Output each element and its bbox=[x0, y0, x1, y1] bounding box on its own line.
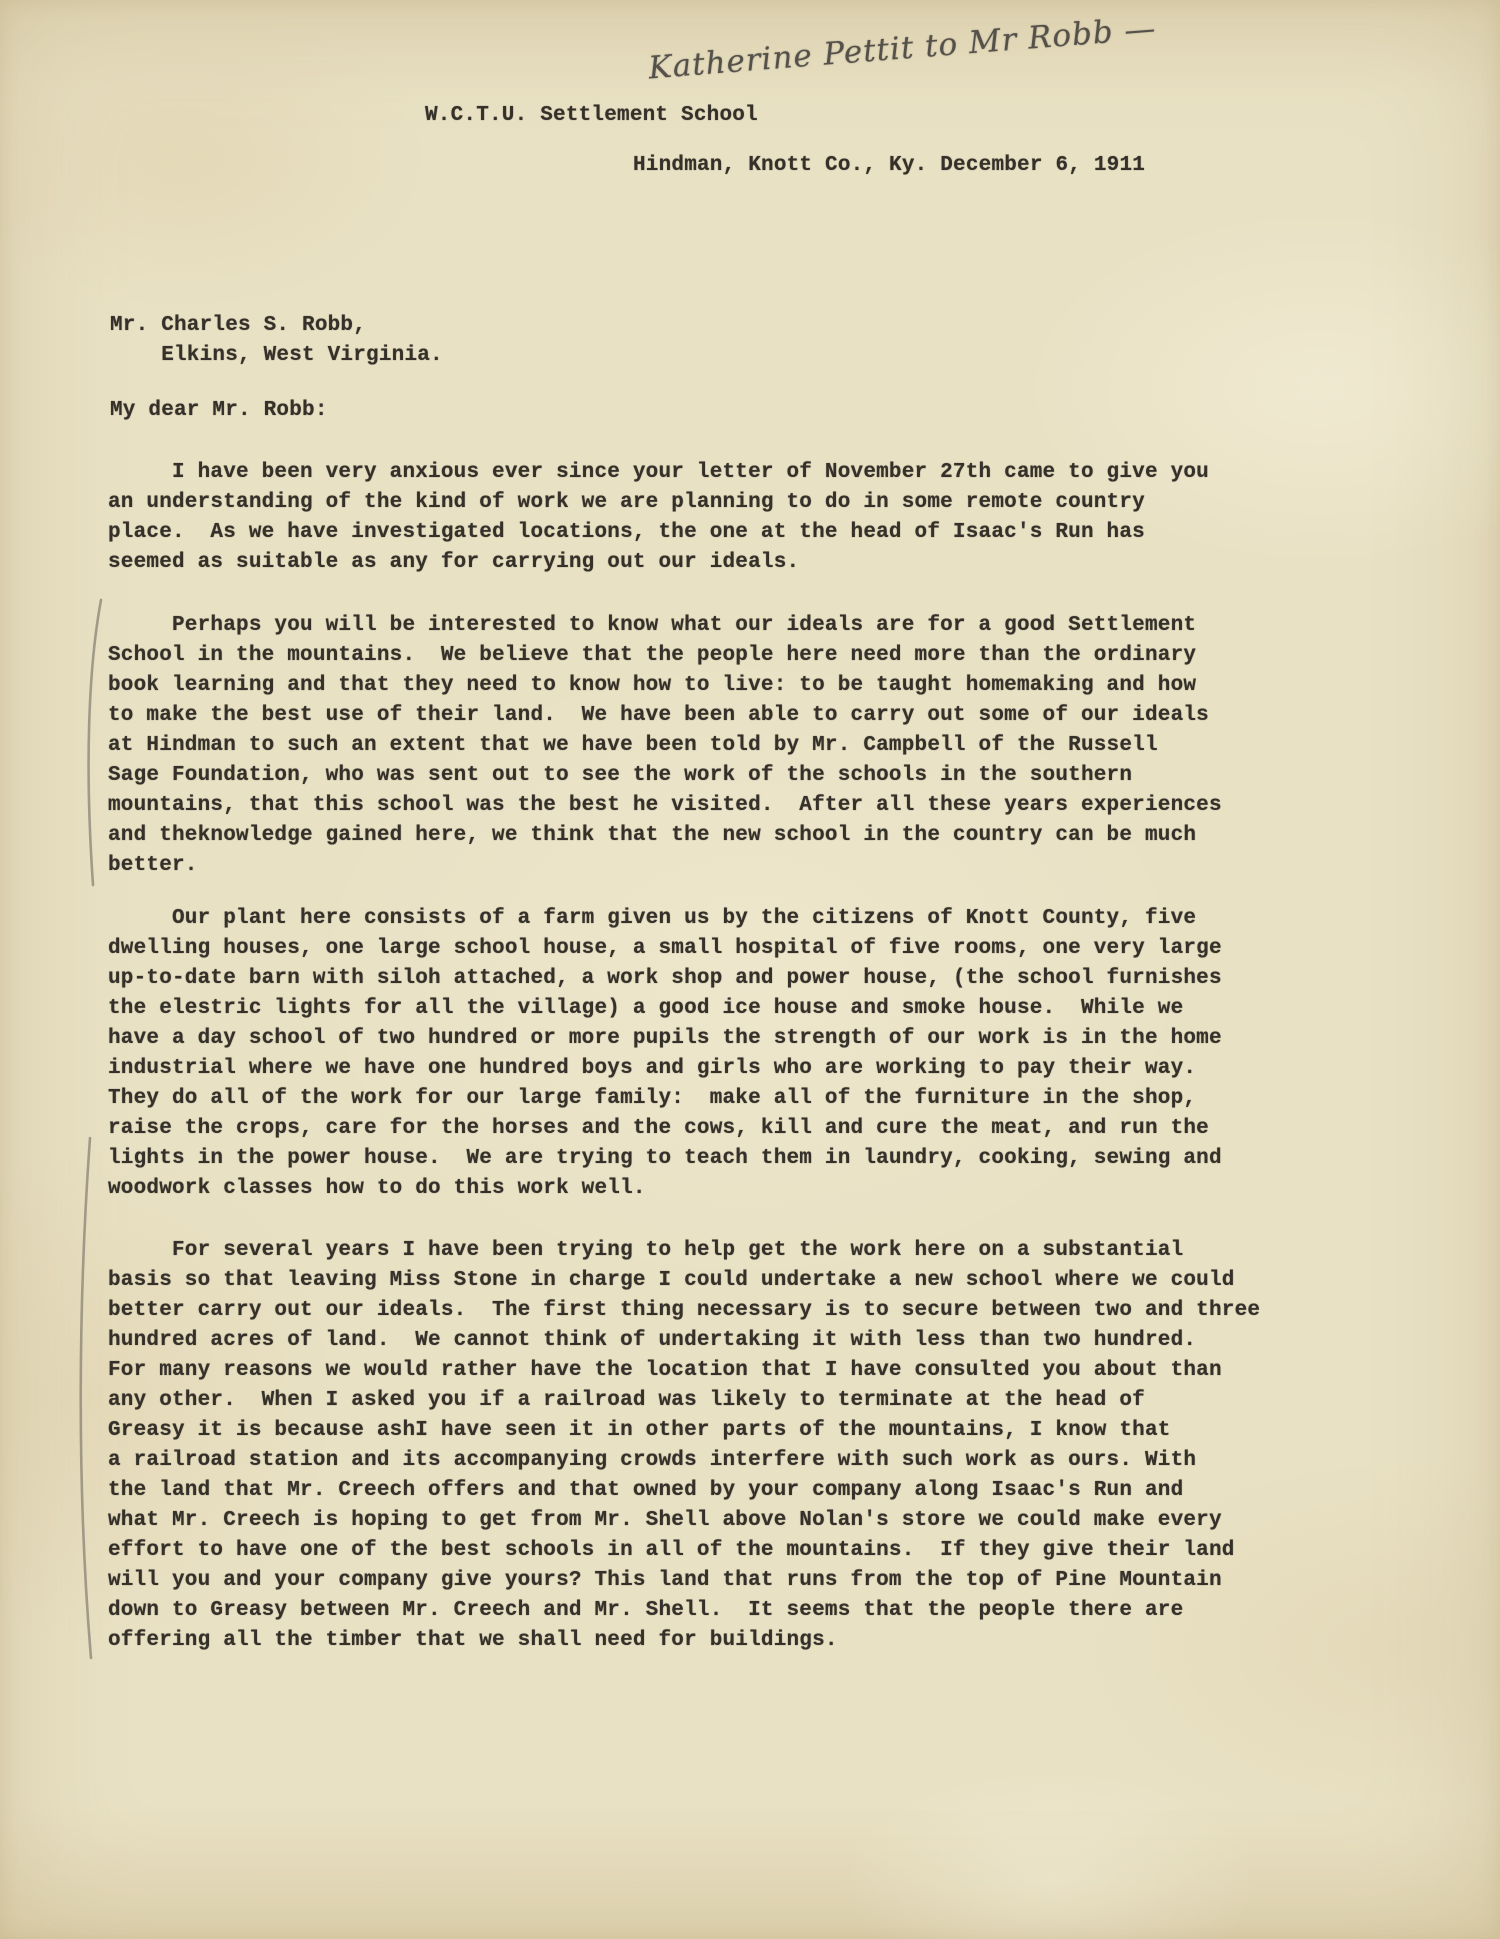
paragraph-3: Our plant here consists of a farm given … bbox=[108, 904, 1222, 1204]
recipient-address: Mr. Charles S. Robb, Elkins, West Virgin… bbox=[110, 311, 443, 371]
paragraph-4: For several years I have been trying to … bbox=[108, 1236, 1260, 1656]
handwritten-annotation: Katherine Pettit to Mr Robb — bbox=[647, 18, 1069, 87]
paragraph-1: I have been very anxious ever since your… bbox=[108, 458, 1209, 578]
letterhead-title: W.C.T.U. Settlement School bbox=[425, 101, 758, 131]
salutation: My dear Mr. Robb: bbox=[110, 396, 328, 426]
margin-pencil-mark-paragraph-4 bbox=[81, 1138, 91, 1658]
paragraph-2: Perhaps you will be interested to know w… bbox=[108, 611, 1222, 881]
dateline: Hindman, Knott Co., Ky. December 6, 1911 bbox=[633, 151, 1145, 181]
margin-pencil-mark-paragraph-2 bbox=[89, 600, 101, 885]
letter-page: Katherine Pettit to Mr Robb — W.C.T.U. S… bbox=[0, 0, 1500, 1939]
